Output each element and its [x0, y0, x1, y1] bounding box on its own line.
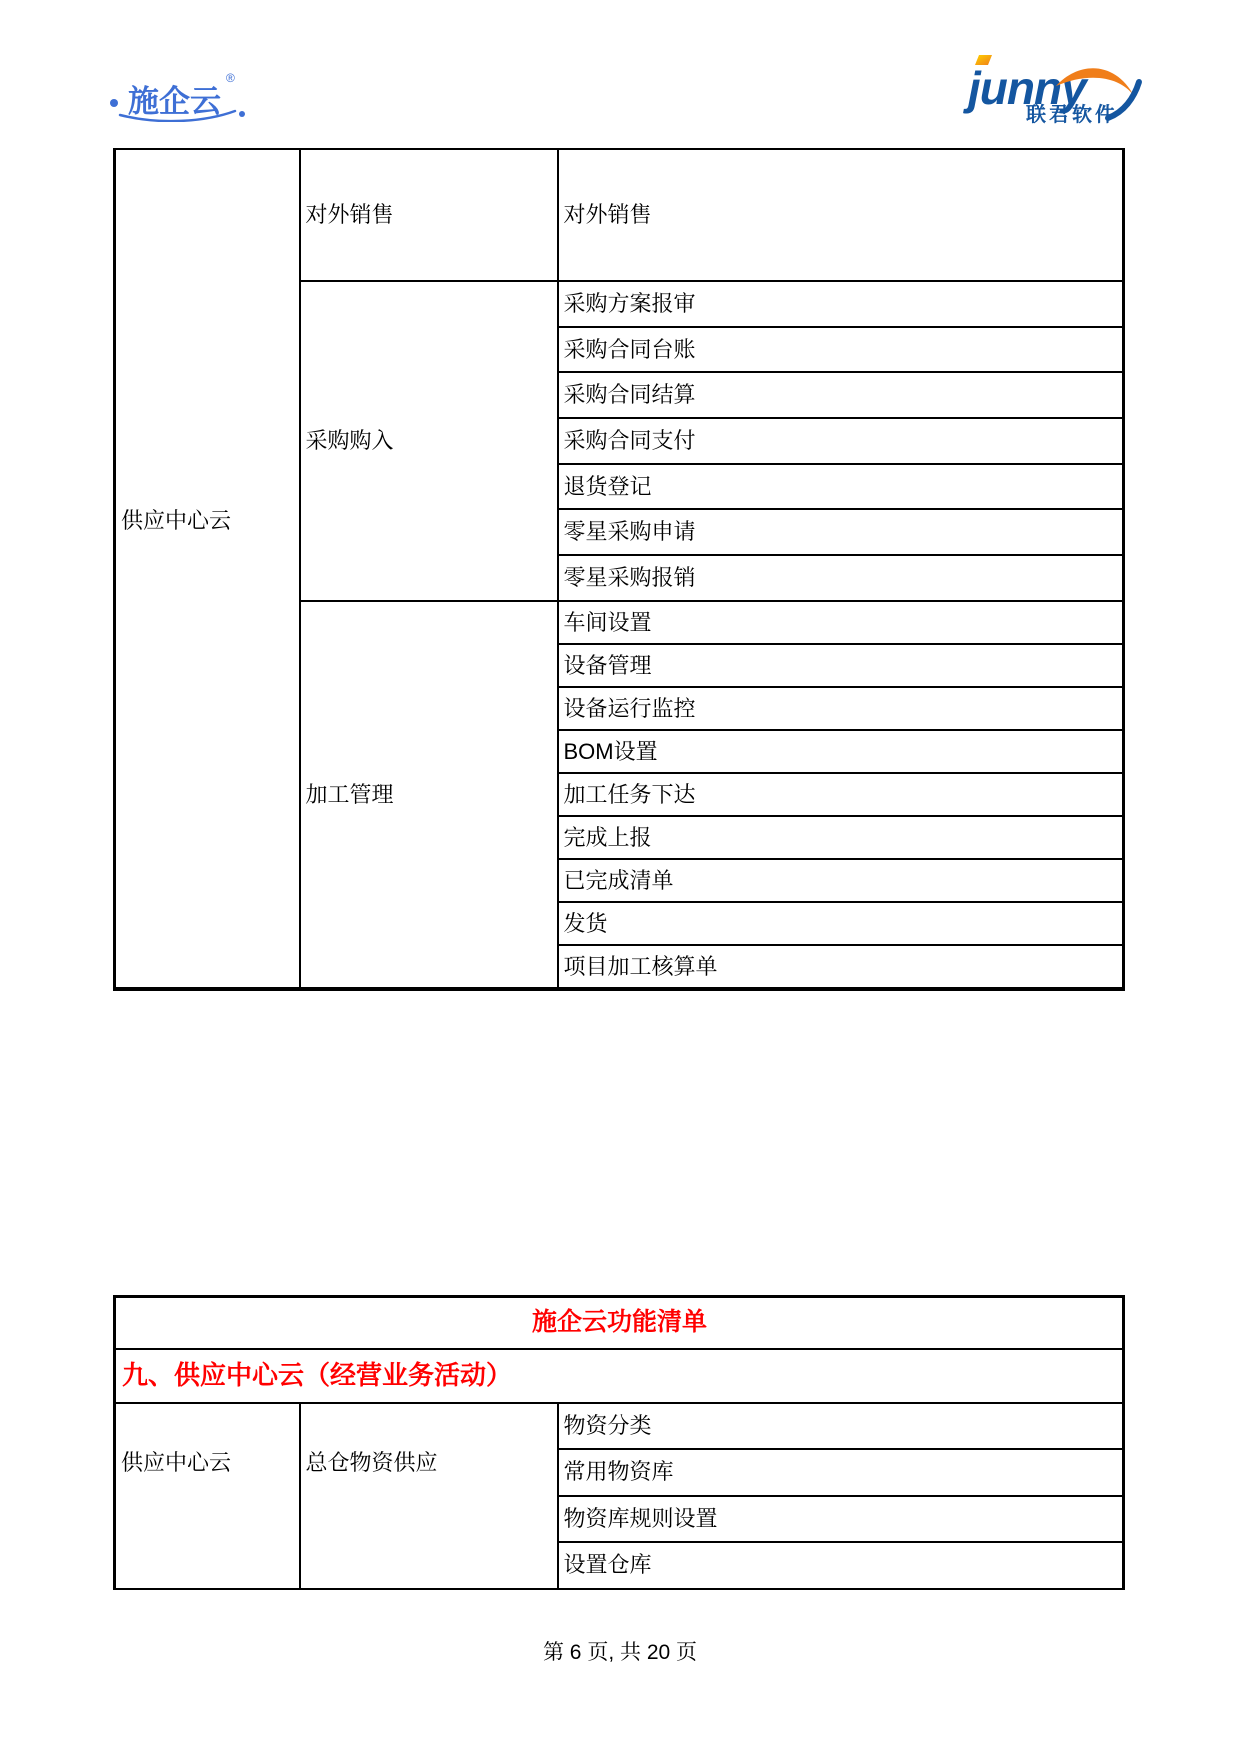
logo-dot-icon: [110, 99, 118, 107]
feature-cell: 发货: [558, 902, 1124, 945]
logo-swoosh-dot-icon: [239, 111, 245, 117]
feature-cell: 零星采购报销: [558, 555, 1124, 601]
feature-cell: BOM设置: [558, 730, 1124, 773]
feature-cell: 已完成清单: [558, 859, 1124, 902]
feature-cell: 退货登记: [558, 464, 1124, 509]
feature-cell: 车间设置: [558, 601, 1124, 644]
feature-cell: 零星采购申请: [558, 509, 1124, 555]
feature-cell: 采购合同结算: [558, 372, 1124, 418]
feature-cell: 设备运行监控: [558, 687, 1124, 730]
feature-cell: 项目加工核算单: [558, 945, 1124, 989]
feature-cell: 设备管理: [558, 644, 1124, 687]
section-heading: 九、供应中心云（经营业务活动）: [115, 1349, 1124, 1403]
module-cell: 供应中心云: [115, 1403, 300, 1589]
table-title: 施企云功能清单: [115, 1297, 1124, 1349]
feature-cell: 采购合同台账: [558, 327, 1124, 372]
feature-cell: 完成上报: [558, 816, 1124, 859]
registered-mark-icon: ®: [226, 71, 235, 85]
feature-cell: 设置仓库: [558, 1542, 1124, 1589]
feature-cell: 加工任务下达: [558, 773, 1124, 816]
feature-cell: 常用物资库: [558, 1449, 1124, 1496]
feature-table-continuation: 供应中心云 对外销售 对外销售 采购购入 采购方案报审 采购合同台账 采购合同结…: [113, 148, 1125, 991]
submodule-cell: 加工管理: [300, 601, 558, 989]
junny-logo-subtext: 联君软件: [1026, 102, 1118, 124]
page-number: 第 6 页, 共 20 页: [0, 1636, 1240, 1666]
feature-cell: 采购方案报审: [558, 281, 1124, 327]
feature-cell: 物资库规则设置: [558, 1496, 1124, 1542]
module-cell: 供应中心云: [115, 149, 300, 989]
junny-logo: junny 联君软件: [938, 52, 1153, 124]
submodule-cell: 采购购入: [300, 281, 558, 601]
feature-cell: 采购合同支付: [558, 418, 1124, 464]
submodule-cell: 总仓物资供应: [300, 1403, 558, 1589]
feature-cell: 物资分类: [558, 1403, 1124, 1449]
feature-cell: 对外销售: [558, 149, 1124, 281]
submodule-cell: 对外销售: [300, 149, 558, 281]
feature-table: 施企云功能清单 九、供应中心云（经营业务活动） 供应中心云 总仓物资供应 物资分…: [113, 1295, 1125, 1590]
shiqiyun-logo: 施企云 ®: [90, 62, 255, 122]
document-page: { "logos": { "shiqiyun": { "text": "施企云"…: [0, 0, 1240, 1754]
shiqiyun-logo-text: 施企云: [128, 84, 221, 119]
